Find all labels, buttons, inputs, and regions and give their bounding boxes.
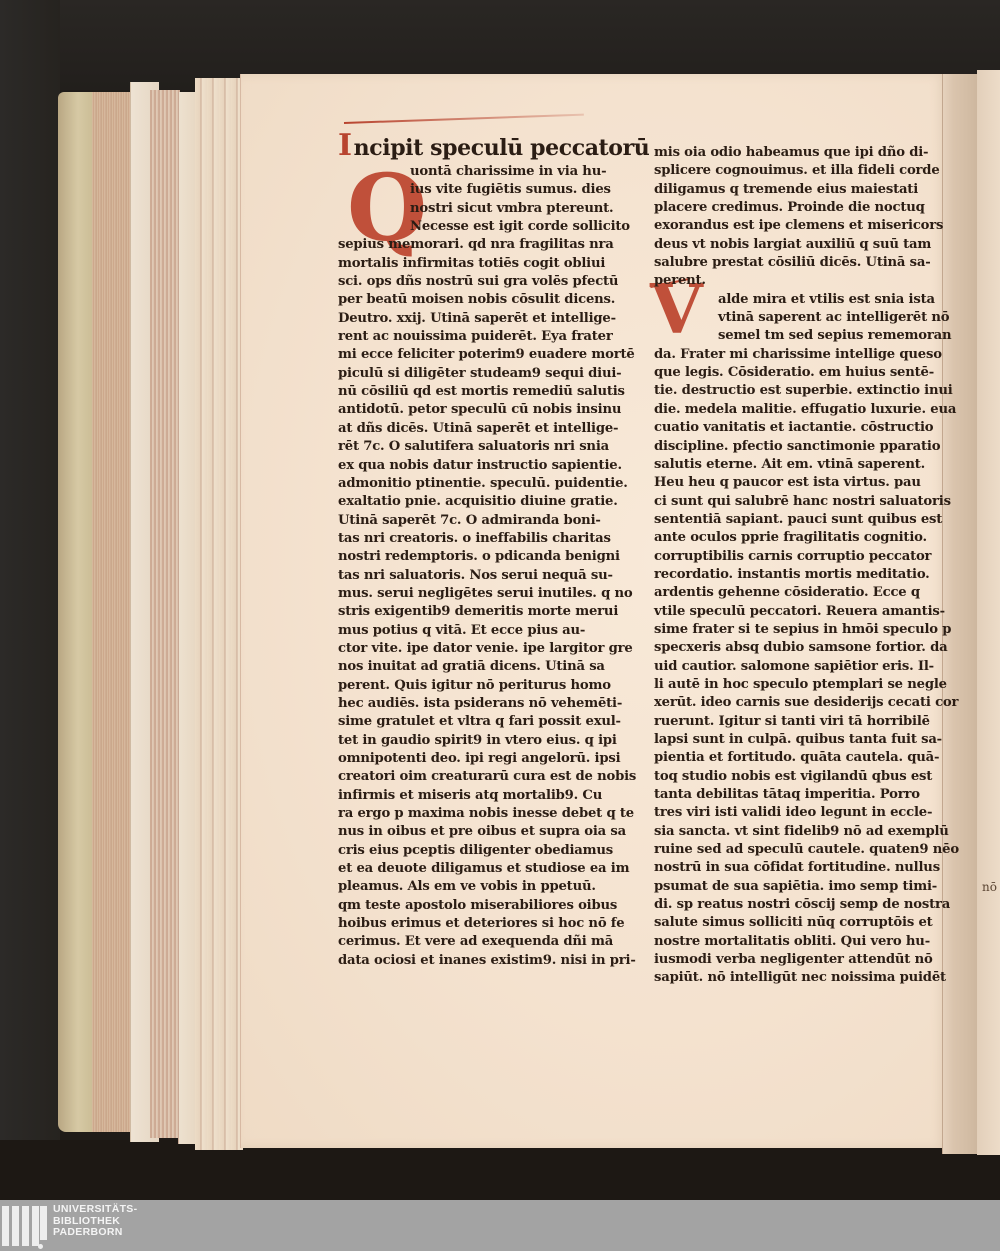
text-line: corruptibilis carnis corruptio peccator xyxy=(654,548,939,566)
text-line: pientia et fortitudo. quāta cautela. quā… xyxy=(654,749,939,767)
text-line: Necesse est igit corde sollicito xyxy=(338,218,638,236)
text-line: uid cautior. salomone sapiētior eris. Il… xyxy=(654,658,939,676)
text-line: sepius memorari. qd nra fragilitas nra xyxy=(338,236,638,254)
text-line: per beatū moisen nobis cōsulit dicens. xyxy=(338,291,638,309)
text-line: sime gratulet et vltra q fari possit exu… xyxy=(338,713,638,731)
text-line: nus in oibus et pre oibus et supra oia s… xyxy=(338,823,638,841)
text-line: salute simus solliciti nūq corruptōis et xyxy=(654,914,939,932)
text-line: piculū si diligēter studeam9 sequi diui- xyxy=(338,365,638,383)
text-line: tas nri creatoris. o ineffabilis charita… xyxy=(338,530,638,548)
text-line: specxeris absq dubio samsone fortior. da xyxy=(654,639,939,657)
text-line: ex qua nobis datur instructio sapientie. xyxy=(338,457,638,475)
text-line: da. Frater mi charissime intellige queso xyxy=(654,346,939,364)
page-edges xyxy=(92,92,132,1132)
text-line: di. sp reatus nostri cōscij semp de nost… xyxy=(654,896,939,914)
text-line: ruine sed ad speculū cautele. quaten9 nē… xyxy=(654,841,939,859)
text-line: data ociosi et inanes existim9. nisi in … xyxy=(338,952,638,970)
text-line: qm teste apostolo miserabiliores oibus xyxy=(338,897,638,915)
text-line: cerimus. Et vere ad exequenda dñi mā xyxy=(338,933,638,951)
text-line: ardentis gehenne cōsideratio. Ecce q xyxy=(654,584,939,602)
text-line: deus vt nobis largiat auxiliū q suū tam xyxy=(654,236,939,254)
text-line: Utinā saperēt 7c. O admiranda boni- xyxy=(338,512,638,530)
text-line: vtile speculū peccatori. Reuera amantis- xyxy=(654,603,939,621)
text-line: mortalis infirmitas totiēs cogit obliui xyxy=(338,255,638,273)
text-line: splicere cognouimus. et illa fideli cord… xyxy=(654,162,939,180)
text-line: perent. xyxy=(654,272,939,290)
text-line: pleamus. Als em ve vobis in ppetuū. xyxy=(338,878,638,896)
text-line: hoibus erimus et deteriores si hoc nō fe xyxy=(338,915,638,933)
text-line: tas nri saluatoris. Nos serui nequā su- xyxy=(338,567,638,585)
text-line: lapsi sunt in culpā. quibus tanta fuit s… xyxy=(654,731,939,749)
facing-page-text-fragment: nō xyxy=(982,880,997,894)
text-line: sci. ops dñs nostrū sui gra volēs pfectū xyxy=(338,273,638,291)
text-line: rent ac nouissima puiderēt. Eya frater xyxy=(338,328,638,346)
text-line: sia sancta. vt sint fidelib9 nō ad exemp… xyxy=(654,823,939,841)
text-line: psumat de sua sapiētia. imo semp timi- xyxy=(654,878,939,896)
text-line: mi ecce feliciter poterim9 euadere mortē xyxy=(338,346,638,364)
text-line: cuatio vanitatis et iactantie. cōstructi… xyxy=(654,419,939,437)
text-line: rēt 7c. O salutifera saluatoris nri snia xyxy=(338,438,638,456)
text-line: uontā charissime in via hu- xyxy=(338,163,638,181)
text-line: nostri redemptoris. o pdicanda benigni xyxy=(338,548,638,566)
text-line: alde mira et vtilis est snia ista xyxy=(654,291,939,309)
text-line: creatori oim creaturarū cura est de nobi… xyxy=(338,768,638,786)
text-line: vtinā saperent ac intelligerēt nō xyxy=(654,309,939,327)
text-line: toq studio nobis est vigilandū qbus est xyxy=(654,768,939,786)
text-line: li autē in hoc speculo ptemplari se negl… xyxy=(654,676,939,694)
text-line: tanta debilitas tātaq imperitia. Porro xyxy=(654,786,939,804)
leaf-stack xyxy=(195,78,243,1150)
scan-background-bottom xyxy=(0,1140,1000,1200)
text-line: exaltatio pnie. acquisitio diuine gratie… xyxy=(338,493,638,511)
text-column-right: mis oia odio habeamus que ipi dño di- sp… xyxy=(654,144,939,988)
facing-page-edge xyxy=(977,70,1000,1155)
scan-background-left xyxy=(0,0,60,1200)
library-name-line: PADERBORN xyxy=(53,1227,137,1239)
library-footer-bar: UNIVERSITÄTS- BIBLIOTHEK PADERBORN xyxy=(0,1200,1000,1251)
text-line: mis oia odio habeamus que ipi dño di- xyxy=(654,144,939,162)
text-line: tet in gaudio spirit9 in vtero eius. q i… xyxy=(338,732,638,750)
text-line: ra ergo p maxima nobis inesse debet q te xyxy=(338,805,638,823)
text-line: omnipotenti deo. ipi regi angelorū. ipsi xyxy=(338,750,638,768)
text-line: et ea deuote diligamus et studiose ea im xyxy=(338,860,638,878)
text-line: salubre prestat cōsiliū dicēs. Utinā sa- xyxy=(654,254,939,272)
library-logo-dot-icon xyxy=(38,1244,43,1249)
text-line: semel tm sed sepius rememoran xyxy=(654,327,939,345)
text-line: at dñs dicēs. Utinā saperēt et intellige… xyxy=(338,420,638,438)
text-line: Deutro. xxij. Utinā saperēt et intellige… xyxy=(338,310,638,328)
text-line: nos inuitat ad gratiā dicens. Utinā sa xyxy=(338,658,638,676)
text-line: hec audiēs. ista psiderans nō vehemēti- xyxy=(338,695,638,713)
text-line: perent. Quis igitur nō periturus homo xyxy=(338,677,638,695)
text-line: sapiūt. nō intelligūt nec noissima puidē… xyxy=(654,969,939,987)
text-line: mus potius q vitā. Et ecce pius au- xyxy=(338,622,638,640)
text-column-left: uontā charissime in via hu- ius vite fug… xyxy=(338,163,638,970)
text-line: ante oculos pprie fragilitatis cognitio. xyxy=(654,529,939,547)
text-line: nostrū in sua cōfidat fortitudine. nullu… xyxy=(654,859,939,877)
text-line: ci sunt qui salubrē hanc nostri saluator… xyxy=(654,493,939,511)
text-line: salutis eterne. Ait em. vtinā saperent. xyxy=(654,456,939,474)
text-line: nū cōsiliū qd est mortis remediū salutis xyxy=(338,383,638,401)
text-line: discipline. pfectio sanctimonie pparatio xyxy=(654,438,939,456)
text-line: ctor vite. ipe dator venie. ipe largitor… xyxy=(338,640,638,658)
library-name-line: UNIVERSITÄTS- xyxy=(53,1204,137,1216)
text-line: diligamus q tremende eius maiestati xyxy=(654,181,939,199)
library-name: UNIVERSITÄTS- BIBLIOTHEK PADERBORN xyxy=(53,1204,137,1239)
text-line: die. medela malitie. effugatio luxurie. … xyxy=(654,401,939,419)
text-line: stris exigentib9 demeritis morte merui xyxy=(338,603,638,621)
text-line: cris eius pceptis diligenter obediamus xyxy=(338,842,638,860)
text-line: xerūt. ideo carnis sue desiderijs cecati… xyxy=(654,694,939,712)
text-line: tres viri isti validi ideo legunt in ecc… xyxy=(654,804,939,822)
text-line: sime frater si te sepius in hmōi speculo… xyxy=(654,621,939,639)
text-line: exorandus est ipe clemens et misericors xyxy=(654,217,939,235)
text-line: mus. serui negligētes serui inutiles. q … xyxy=(338,585,638,603)
text-line: admonitio ptinentie. speculū. puidentie. xyxy=(338,475,638,493)
text-line: tie. destructio est superbie. extinctio … xyxy=(654,382,939,400)
text-line: ruerunt. Igitur si tanti viri tā horribi… xyxy=(654,713,939,731)
book-gutter xyxy=(942,74,979,1154)
text-line: ius vite fugiētis sumus. dies xyxy=(338,181,638,199)
leaf-stack xyxy=(150,90,180,1138)
text-line: iusmodi verba negligenter attendūt nō xyxy=(654,951,939,969)
text-line: placere credimus. Proinde die noctuq xyxy=(654,199,939,217)
text-line: sententiā sapiant. pauci sunt quibus est xyxy=(654,511,939,529)
text-line: que legis. Cōsideratio. em huius sentē- xyxy=(654,364,939,382)
text-line: antidotū. petor speculū cū nobis insinu xyxy=(338,401,638,419)
text-line: infirmis et miseris atq mortalib9. Cu xyxy=(338,787,638,805)
text-line: nostre mortalitatis obliti. Qui vero hu- xyxy=(654,933,939,951)
text-line: Heu heu q paucor est ista virtus. pau xyxy=(654,474,939,492)
text-line: nostri sicut vmbra ptereunt. xyxy=(338,200,638,218)
text-line: recordatio. instantis mortis meditatio. xyxy=(654,566,939,584)
